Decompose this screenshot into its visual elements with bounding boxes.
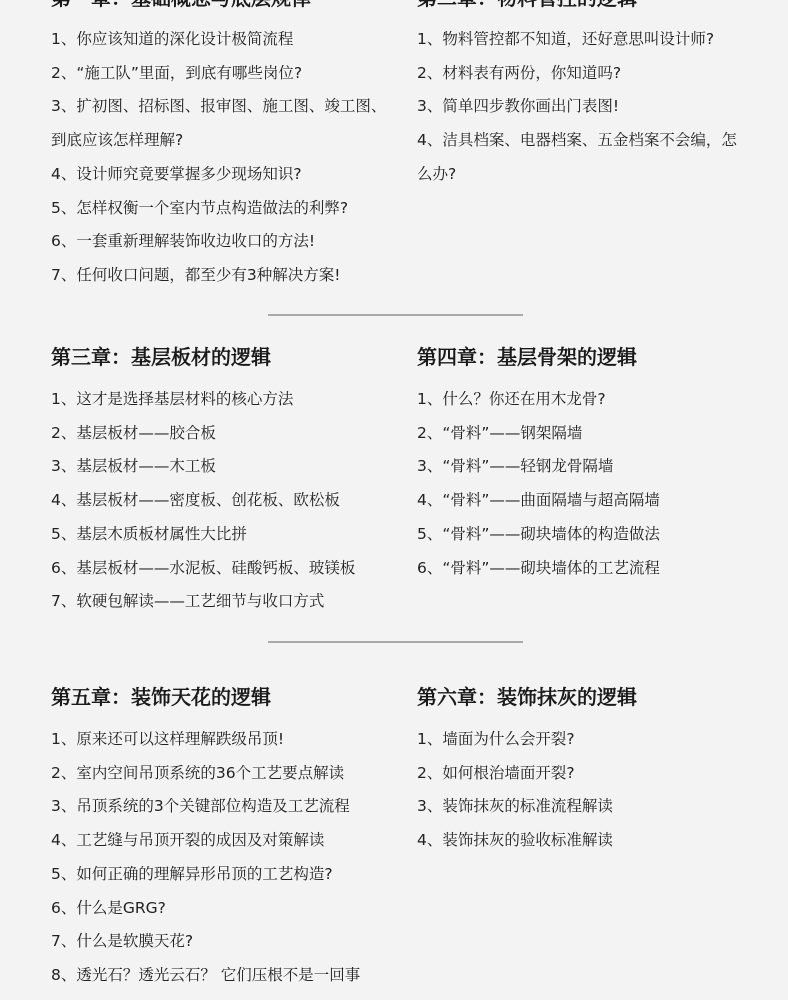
list-item: 3、简单四步教你画出门表图! xyxy=(417,90,752,124)
list-item: 1、你应该知道的深化设计极简流程 xyxy=(51,23,396,57)
list-item: 3、基层板材——木工板 xyxy=(51,450,355,484)
list-item: 6、什么是GRG? xyxy=(51,892,360,926)
list-item: 2、基层板材——胶合板 xyxy=(51,417,355,451)
chapter-title: 第四章：基层骨架的逻辑 xyxy=(417,345,757,369)
list-item: 5、“骨料”——砌块墙体的构造做法 xyxy=(417,518,660,552)
chapter-3: 第三章：基层板材的逻辑 1、这才是选择基层材料的核心方法 2、基层板材——胶合板… xyxy=(51,345,391,369)
section-divider xyxy=(268,314,523,316)
list-item: 8、透光石？透光云石？ 它们压根不是一回事 xyxy=(51,959,360,993)
chapter-title: 第三章：基层板材的逻辑 xyxy=(51,345,391,369)
list-item: 7、软硬包解读——工艺细节与收口方式 xyxy=(51,585,355,619)
list-item: 1、什么？你还在用木龙骨? xyxy=(417,383,660,417)
chapter-2: 第二章：物料管控的逻辑 1、物料管控都不知道，还好意思叫设计师? 2、材料表有两… xyxy=(417,0,757,10)
list-item: 7、任何收口问题，都至少有3种解决方案! xyxy=(51,259,396,293)
list-item: 2、“施工队”里面，到底有哪些岗位? xyxy=(51,57,396,91)
chapter-items: 1、什么？你还在用木龙骨? 2、“骨料”——钢架隔墙 3、“骨料”——轻钢龙骨隔… xyxy=(417,383,660,585)
chapter-title: 第二章：物料管控的逻辑 xyxy=(417,0,757,10)
chapter-1: 第一章：基础概念与底层规律 1、你应该知道的深化设计极简流程 2、“施工队”里面… xyxy=(51,0,391,10)
list-item: 3、“骨料”——轻钢龙骨隔墙 xyxy=(417,450,660,484)
list-item: 2、室内空间吊顶系统的36个工艺要点解读 xyxy=(51,757,360,791)
list-item: 4、装饰抹灰的验收标准解读 xyxy=(417,824,613,858)
chapter-items: 1、原来还可以这样理解跌级吊顶! 2、室内空间吊顶系统的36个工艺要点解读 3、… xyxy=(51,723,360,993)
list-item: 4、设计师究竟要掌握多少现场知识? xyxy=(51,158,396,192)
list-item: 3、吊顶系统的3个关键部位构造及工艺流程 xyxy=(51,790,360,824)
list-item: 5、基层木质板材属性大比拼 xyxy=(51,518,355,552)
list-item: 1、这才是选择基层材料的核心方法 xyxy=(51,383,355,417)
list-item: 6、基层板材——水泥板、硅酸钙板、玻镁板 xyxy=(51,552,355,586)
list-item: 4、“骨料”——曲面隔墙与超高隔墙 xyxy=(417,484,660,518)
chapter-title: 第六章：装饰抹灰的逻辑 xyxy=(417,685,757,709)
section-divider xyxy=(268,641,523,643)
list-item: 3、扩初图、招标图、报审图、施工图、竣工图、到底应该怎样理解? xyxy=(51,90,396,157)
chapter-6: 第六章：装饰抹灰的逻辑 1、墙面为什么会开裂? 2、如何根治墙面开裂? 3、装饰… xyxy=(417,685,757,709)
list-item: 2、“骨料”——钢架隔墙 xyxy=(417,417,660,451)
chapter-title: 第五章：装饰天花的逻辑 xyxy=(51,685,391,709)
list-item: 4、基层板材——密度板、创花板、欧松板 xyxy=(51,484,355,518)
list-item: 4、工艺缝与吊顶开裂的成因及对策解读 xyxy=(51,824,360,858)
chapter-4: 第四章：基层骨架的逻辑 1、什么？你还在用木龙骨? 2、“骨料”——钢架隔墙 3… xyxy=(417,345,757,369)
list-item: 6、一套重新理解装饰收边收口的方法! xyxy=(51,225,396,259)
list-item: 1、物料管控都不知道，还好意思叫设计师? xyxy=(417,23,752,57)
list-item: 2、材料表有两份，你知道吗? xyxy=(417,57,752,91)
chapter-title: 第一章：基础概念与底层规律 xyxy=(51,0,391,10)
chapter-items: 1、你应该知道的深化设计极简流程 2、“施工队”里面，到底有哪些岗位? 3、扩初… xyxy=(51,23,396,293)
list-item: 3、装饰抹灰的标准流程解读 xyxy=(417,790,613,824)
list-item: 6、“骨料”——砌块墙体的工艺流程 xyxy=(417,552,660,586)
chapter-5: 第五章：装饰天花的逻辑 1、原来还可以这样理解跌级吊顶! 2、室内空间吊顶系统的… xyxy=(51,685,391,709)
list-item: 5、怎样权衡一个室内节点构造做法的利弊? xyxy=(51,192,396,226)
chapter-items: 1、这才是选择基层材料的核心方法 2、基层板材——胶合板 3、基层板材——木工板… xyxy=(51,383,355,619)
chapter-items: 1、物料管控都不知道，还好意思叫设计师? 2、材料表有两份，你知道吗? 3、简单… xyxy=(417,23,752,192)
list-item: 1、墙面为什么会开裂? xyxy=(417,723,613,757)
list-item: 5、如何正确的理解异形吊顶的工艺构造? xyxy=(51,858,360,892)
chapter-items: 1、墙面为什么会开裂? 2、如何根治墙面开裂? 3、装饰抹灰的标准流程解读 4、… xyxy=(417,723,613,858)
list-item: 4、洁具档案、电器档案、五金档案不会编，怎么办? xyxy=(417,124,752,191)
list-item: 1、原来还可以这样理解跌级吊顶! xyxy=(51,723,360,757)
list-item: 7、什么是软膜天花? xyxy=(51,925,360,959)
list-item: 2、如何根治墙面开裂? xyxy=(417,757,613,791)
